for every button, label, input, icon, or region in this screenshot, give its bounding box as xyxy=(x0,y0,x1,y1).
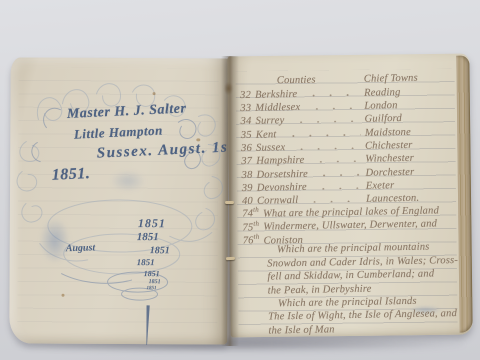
date-repeat: 1851 xyxy=(105,278,205,286)
county-number: 35 xyxy=(241,128,256,142)
blue-ink-smudge xyxy=(110,170,146,192)
august-label: August xyxy=(66,242,96,254)
photo-of-notebook: { "colors":{ "backdrop":"#d6d7db", "pape… xyxy=(0,0,480,360)
county-name: Devonshire xyxy=(257,180,307,194)
dotted-leader xyxy=(280,122,361,137)
dotted-leader xyxy=(311,175,362,189)
county-number: 37 xyxy=(241,155,256,169)
dotted-leader xyxy=(312,162,362,176)
numbered-answers: 74th What are the principal lakes of Eng… xyxy=(242,200,455,244)
county-name: Dorsetshire xyxy=(256,167,308,181)
date-repeat: 1851 xyxy=(102,268,202,279)
paragraph-line: fell and Skiddaw, in Cumberland; and xyxy=(267,267,455,284)
dotted-leader xyxy=(288,108,360,123)
geography-exercise: Counties Chief Towns 32 Berkshire Readin… xyxy=(240,67,457,338)
county-name: Cornwall xyxy=(257,194,299,208)
blue-ink-smudge xyxy=(40,218,70,264)
table-header-row: Counties Chief Towns xyxy=(240,67,452,84)
dotted-leader xyxy=(302,188,362,202)
chief-town: Maidstone xyxy=(365,124,453,139)
question-number: 76th xyxy=(243,230,260,247)
foxing-spot xyxy=(196,138,200,141)
county-table: 32 Berkshire Reading 33 Middlesex London… xyxy=(240,80,454,204)
chief-town: Guilford xyxy=(364,111,452,126)
county-number: 38 xyxy=(241,168,256,182)
foxing-spot xyxy=(61,294,64,297)
page-edge-stack xyxy=(456,56,472,333)
foxing-spot xyxy=(153,92,156,95)
date-repeat: 1851 xyxy=(96,257,196,269)
chief-town: Chichester xyxy=(365,138,453,153)
dotted-leader xyxy=(304,95,360,109)
county-name: Berkshire xyxy=(255,87,297,101)
date-practice-column: 1851185118511851185118511851 xyxy=(102,216,202,293)
county-number: 34 xyxy=(240,115,255,129)
leader-space xyxy=(320,68,360,82)
question-text: Windermere, Ullswater, Derwenter, and xyxy=(263,217,437,234)
binding-stitch xyxy=(226,257,235,260)
county-number: 36 xyxy=(241,141,256,155)
chief-town: London xyxy=(364,98,452,113)
chief-town: Exeter xyxy=(366,178,454,193)
right-page: Counties Chief Towns 32 Berkshire Readin… xyxy=(227,54,472,338)
county-number: 39 xyxy=(242,181,257,195)
date-repeat: 1851 xyxy=(102,286,202,293)
chief-town: Winchester xyxy=(365,151,453,166)
county-name: Hampshire xyxy=(256,154,304,168)
dotted-leader xyxy=(289,135,361,150)
dotted-leader xyxy=(301,82,360,96)
date-repeat: 1851 xyxy=(102,216,202,232)
county-number: 32 xyxy=(240,88,255,102)
left-page: Master H. J. SalterLittle HamptonSussex.… xyxy=(9,57,228,344)
chief-towns-header: Chief Towns xyxy=(364,71,452,86)
date-repeat: 1851 xyxy=(110,245,210,258)
chief-town: Reading xyxy=(364,84,452,99)
gutter-stain xyxy=(224,82,233,95)
county-number: 33 xyxy=(240,101,255,115)
county-name: Kent xyxy=(256,128,277,142)
county-name: Sussex xyxy=(256,141,285,155)
paragraph-line: The Isle of Wight, the Isle of Anglesea,… xyxy=(268,307,456,324)
binding-stitch xyxy=(225,201,234,204)
date-repeat: 1851 xyxy=(98,231,198,245)
chief-town: Launceston. xyxy=(366,191,454,206)
chief-town: Dorchester xyxy=(365,164,453,179)
answer-paragraph: Which are the principal mountainsSnowdon… xyxy=(243,240,457,337)
dotted-leader xyxy=(308,148,361,162)
